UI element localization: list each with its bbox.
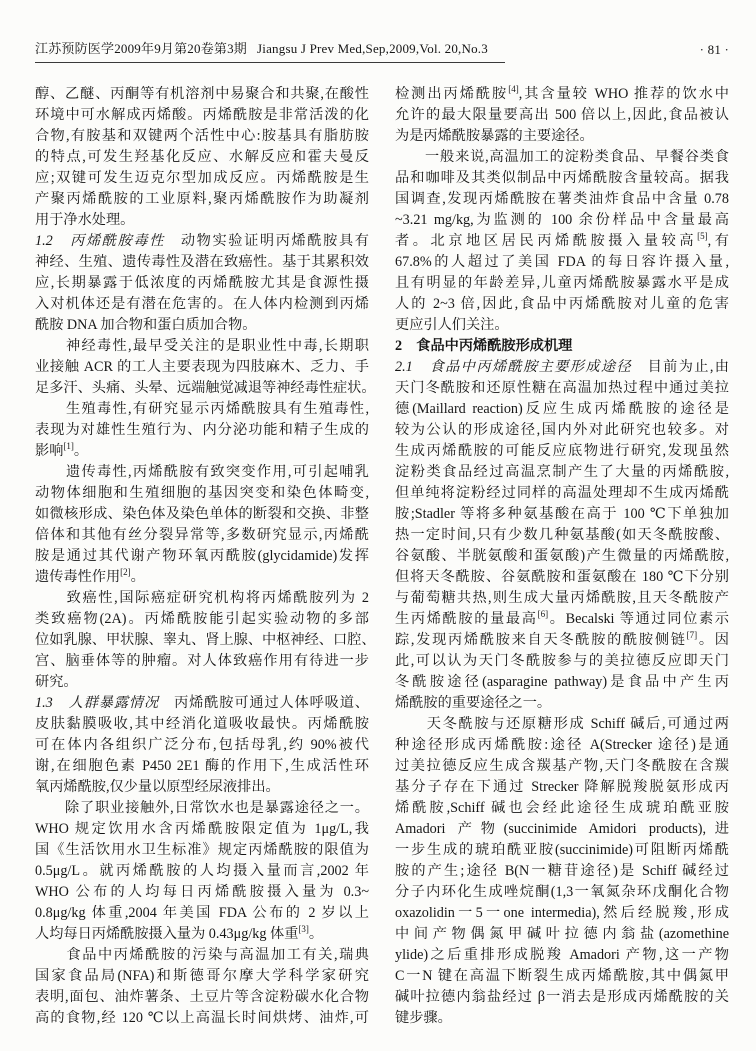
section-heading: 1.3 人群暴露情况	[35, 695, 159, 711]
text-run: oxazolidin一5一one intermedia),然后经脱羧,形成	[395, 905, 729, 921]
text-line: 中间产物偶氮甲碱叶拉德内翁盐(azomethine	[395, 924, 729, 945]
text-run: 胺的产生;途径 B(N一糖苷途径)是 Schiff 碱经过	[395, 863, 729, 879]
text-line: 影响[1]。	[35, 441, 369, 462]
text-line: 较为公认的形成途径,国内外对此研究也较多。对	[395, 420, 729, 441]
text-line: 烯酰胺的重要途径之一。	[395, 693, 729, 714]
text-line: 应,长期暴露于低浓度的丙烯酰胺尤其是食源性摄	[35, 273, 369, 294]
text-run: 0.8μg/kg 体重,2004 年美国 FDA 公布的 2 岁以上	[35, 905, 369, 921]
text-run: 天门冬酰胺和还原性糖在高温加热过程中通过美拉	[395, 380, 729, 396]
text-line: 人均每日丙烯酰胺摄入量为 0.43μg/kg 体重[3]。	[35, 924, 369, 945]
text-run: 烯酰胺的重要途径之一。	[395, 695, 551, 711]
text-run: 踪,发现丙烯酰胺来自天冬酰胺的酰胺侧链	[395, 632, 687, 648]
text-line: 2.1 食品中丙烯酰胺主要形成途径 目前为止,由	[395, 357, 729, 378]
text-run: 除了职业接触外,日常饮水也是暴露途径之一。	[35, 800, 369, 816]
text-run: 国调查,发现丙烯酰胺在薯类油炸食品中含量 0.78	[395, 191, 729, 207]
text-run: 天冬酰胺与还原糖形成 Schiff 碱后,可通过两	[395, 716, 729, 732]
text-line: 动物体细胞和生殖细胞的基因突变和染色体畸变,	[35, 483, 369, 504]
text-run: 表现为对雄性生殖行为、内分泌功能和精子生成的	[35, 422, 369, 438]
text-line: 足多汗、头痛、头晕、远端触觉减退等神经毒性症状。	[35, 378, 369, 399]
text-line: 宫、脑垂体等的肿瘤。对人体致癌作用有待进一步	[35, 651, 369, 672]
text-line: 国调查,发现丙烯酰胺在薯类油炸食品中含量 0.78	[395, 189, 729, 210]
text-line: 1.3 人群暴露情况 丙烯酰胺可通过人体呼吸道、	[35, 693, 369, 714]
text-run: 人均每日丙烯酰胺摄入量为 0.43μg/kg 体重	[35, 926, 298, 942]
text-run: 高的食物,经 120 ℃以上高温长时间烘烤、油炸,可	[35, 1010, 369, 1026]
text-line: 与葡萄糖共热,则生成大量丙烯酰胺,且天冬酰胺产	[395, 588, 729, 609]
text-line: 冬酰胺途径(asparagine pathway)是食品中产生丙	[395, 672, 729, 693]
text-run: 动物实验证明丙烯酰胺具有	[165, 233, 369, 249]
reference-superscript: [3]	[298, 924, 309, 934]
text-line: 产聚丙烯酰胺的工业原料,聚丙烯酰胺作为助凝剂	[35, 189, 369, 210]
text-line: 谢,在细胞色素 P450 2E1 酶的作用下,生成活性环	[35, 756, 369, 777]
text-line: 皮肤黏膜吸收,其中经消化道吸收最快。丙烯酰胺	[35, 714, 369, 735]
text-run: 的特点,可发生羟基化反应、水解反应和霍夫曼反	[35, 149, 369, 165]
text-run: 合物,有胺基和双键两个活性中心:胺基具有脂肪胺	[35, 128, 369, 144]
text-run: 入对机体还是有潜在危害的。在人体内检测到丙烯	[35, 296, 369, 312]
text-line: oxazolidin一5一one intermedia),然后经脱羧,形成	[395, 903, 729, 924]
text-run: 较为公认的形成途径,国内外对此研究也较多。对	[395, 422, 729, 438]
text-line: 人的 2~3 倍,因此,食品中丙烯酰胺对儿童的危害	[395, 294, 729, 315]
text-line: ylide)之后重排形成脱羧 Amadori 产物,这一产物	[395, 945, 729, 966]
text-line: 品和咖啡及其类似制品中丙烯酰胺含量较高。据我	[395, 168, 729, 189]
text-line: 且有明显的年龄差异,儿童丙烯酰胺暴露水平是成	[395, 273, 729, 294]
text-run: 。	[74, 443, 88, 459]
text-line: 胺的产生;途径 B(N一糖苷途径)是 Schiff 碱经过	[395, 861, 729, 882]
text-line: 国家食品局(NFA)和斯德哥尔摩大学科学家研究	[35, 966, 369, 987]
document-page: 江苏预防医学2009年9月第20卷第3期Jiangsu J Prev Med,S…	[0, 0, 756, 1051]
text-line: 分子内环化生成唑烷酮(1,3一氧氮杂环戊酮化合物	[395, 882, 729, 903]
column-right: 检测出丙烯酰胺[4],其含量较 WHO 推荐的饮水中允许的最大限量要高出 500…	[395, 84, 729, 1029]
text-line: 德(Maillard reaction)反应生成丙烯酰胺的途径是	[395, 399, 729, 420]
text-line: 2 食品中丙烯酰胺形成机理	[395, 336, 729, 357]
text-run: 烯酰胺,Schiff 碱也会经此途径生成琥珀酰亚胺	[395, 800, 729, 816]
text-run: 0.5μg/L。就丙烯酰胺的人均摄入量而言,2002 年	[35, 863, 369, 879]
text-line: 踪,发现丙烯酰胺来自天冬酰胺的酰胺侧链[7]。因	[395, 630, 729, 651]
text-run: 谢,在细胞色素 P450 2E1 酶的作用下,生成活性环	[35, 758, 369, 774]
column-left: 醇、乙醚、丙酮等有机溶剂中易聚合和共聚,在酸性环境中可水解成丙烯酸。丙烯酰胺是非…	[35, 84, 369, 1029]
text-line: C一N 键在高温下断裂生成丙烯酰胺,其中偶氮甲	[395, 966, 729, 987]
text-run: 皮肤黏膜吸收,其中经消化道吸收最快。丙烯酰胺	[35, 716, 369, 732]
text-run: 。Becalski 等通过同位素示	[548, 611, 729, 627]
text-run: 神经毒性,最早受关注的是职业性中毒,长期职	[35, 338, 369, 354]
text-run: 键步骤。	[395, 1010, 452, 1026]
text-run: 种途径形成丙烯酰胺:途径 A(Strecker 途径)是通	[395, 737, 729, 753]
text-run: 如微核形成、染色体及染色单体的断裂和交换、非整	[35, 506, 369, 522]
text-line: 环境中可水解成丙烯酸。丙烯酰胺是非常活泼的化	[35, 105, 369, 126]
text-run: 人的 2~3 倍,因此,食品中丙烯酰胺对儿童的危害	[395, 296, 729, 312]
text-line: 国《生活饮用水卫生标准》规定丙烯酰胺的限值为	[35, 840, 369, 861]
text-line: 0.5μg/L。就丙烯酰胺的人均摄入量而言,2002 年	[35, 861, 369, 882]
text-run: ~3.21 mg/kg,为监测的 100 余份样品中含量最高	[395, 212, 729, 228]
text-run: 生成丙烯酰胺的可能反应底物进行研究,发现虽然	[395, 443, 729, 459]
reference-superscript: [1]	[63, 441, 74, 451]
text-run: 影响	[35, 443, 63, 459]
text-run: 品和咖啡及其类似制品中丙烯酰胺含量较高。据我	[395, 170, 729, 186]
text-line: 67.8%的人超过了美国 FDA 的每日容许摄入量,	[395, 252, 729, 273]
section-heading: 1.2 丙烯酰胺毒性	[35, 233, 165, 249]
text-line: 醇、乙醚、丙酮等有机溶剂中易聚合和共聚,在酸性	[35, 84, 369, 105]
text-run: 应,长期暴露于低浓度的丙烯酰胺尤其是食源性摄	[35, 275, 369, 291]
text-run: 淀粉类食品经过高温烹制产生了大量的丙烯酰胺,	[395, 464, 729, 480]
text-run: 生丙烯酰胺的量最高	[395, 611, 538, 627]
text-line: 倍体和其他有丝分裂异常等,多数研究显示,丙烯酰	[35, 525, 369, 546]
text-line: 可在体内各组织广泛分布,包括母乳,约 90%被代	[35, 735, 369, 756]
text-run: 冬酰胺途径(asparagine pathway)是食品中产生丙	[395, 674, 729, 690]
text-run: 倍体和其他有丝分裂异常等,多数研究显示,丙烯酰	[35, 527, 369, 543]
text-run: 食品中丙烯酰胺的污染与高温加工有关,瑞典	[35, 947, 369, 963]
section-heading: 2.1 食品中丙烯酰胺主要形成途径	[395, 359, 632, 375]
text-run: 醇、乙醚、丙酮等有机溶剂中易聚合和共聚,在酸性	[35, 86, 369, 102]
text-run: 研究。	[35, 674, 78, 690]
text-run: 。	[131, 569, 145, 585]
text-run: 目前为止,由	[632, 359, 729, 375]
section-heading: 2 食品中丙烯酰胺形成机理	[395, 338, 572, 354]
text-run: WHO 规定饮用水含丙烯酰胺限定值为 1μg/L,我	[35, 821, 369, 837]
text-run: 谷氨酸、半胱氨酸和蛋氨酸)产生微量的丙烯酰胺,	[395, 548, 729, 564]
text-run: 酰胺 DNA 加合物和蛋白质加合物。	[35, 317, 257, 333]
text-line: 生丙烯酰胺的量最高[6]。Becalski 等通过同位素示	[395, 609, 729, 630]
text-run: ylide)之后重排形成脱羧 Amadori 产物,这一产物	[395, 947, 729, 963]
text-line: 研究。	[35, 672, 369, 693]
text-line: 如微核形成、染色体及染色单体的断裂和交换、非整	[35, 504, 369, 525]
text-line: Amadori 产物(succinimide Amidori products)…	[395, 819, 729, 840]
text-line: 种途径形成丙烯酰胺:途径 A(Strecker 途径)是通	[395, 735, 729, 756]
text-line: 除了职业接触外,日常饮水也是暴露途径之一。	[35, 798, 369, 819]
text-run: 表明,面包、油炸薯条、土豆片等含淀粉碳水化合物	[35, 989, 369, 1005]
reference-superscript: [2]	[120, 567, 131, 577]
two-column-body: 醇、乙醚、丙酮等有机溶剂中易聚合和共聚,在酸性环境中可水解成丙烯酸。丙烯酰胺是非…	[35, 84, 729, 1029]
text-run: 一步生成的琥珀酰亚胺(succinimide)可阻断丙烯酰	[395, 842, 729, 858]
text-line: 入对机体还是有潜在危害的。在人体内检测到丙烯	[35, 294, 369, 315]
text-run: 国家食品局(NFA)和斯德哥尔摩大学科学家研究	[35, 968, 369, 984]
text-run: 德(Maillard reaction)反应生成丙烯酰胺的途径是	[395, 401, 729, 417]
text-line: ~3.21 mg/kg,为监测的 100 余份样品中含量最高	[395, 210, 729, 231]
text-run: 碱叶拉德内翁盐经过 β一消去是形成丙烯酰胺的关	[395, 989, 729, 1005]
text-line: 酰胺 DNA 加合物和蛋白质加合物。	[35, 315, 369, 336]
text-run: 。因	[697, 632, 729, 648]
text-line: 允许的最大限量要高出 500 倍以上,因此,食品被认	[395, 105, 729, 126]
text-run: 动物体细胞和生殖细胞的基因突变和染色体畸变,	[35, 485, 369, 501]
text-run: 氧丙烯酰胺,仅少量以原型经尿液排出。	[35, 779, 280, 795]
text-line: 遗传毒性作用[2]。	[35, 567, 369, 588]
text-run: 应;双键可发生迈克尔型加成反应。丙烯酰胺是生	[35, 170, 369, 186]
text-run: 者。北京地区居民丙烯酰胺摄入量较高	[395, 233, 697, 249]
text-line: 生殖毒性,有研究显示丙烯酰胺具有生殖毒性,	[35, 399, 369, 420]
text-line: 烯酰胺,Schiff 碱也会经此途径生成琥珀酰亚胺	[395, 798, 729, 819]
text-line: 0.8μg/kg 体重,2004 年美国 FDA 公布的 2 岁以上	[35, 903, 369, 924]
text-run: 致癌性,国际癌症研究机构将丙烯酰胺列为 2	[35, 590, 369, 606]
text-line: WHO 公布的人均每日丙烯酰胺摄入量为 0.3~	[35, 882, 369, 903]
text-run: 更应引人们关注。	[395, 317, 509, 333]
text-run: 热一定时间,只有少数几种氨基酸(如天冬酰胺酸、	[395, 527, 729, 543]
text-run: 为是丙烯酰胺暴露的主要途径。	[395, 128, 594, 144]
text-line: 的特点,可发生羟基化反应、水解反应和霍夫曼反	[35, 147, 369, 168]
reference-superscript: [7]	[687, 630, 698, 640]
reference-superscript: [4]	[508, 84, 519, 94]
text-line: 但将天冬酰胺、谷氨酰胺和蛋氨酸在 180 ℃下分别	[395, 567, 729, 588]
text-line: 合物,有胺基和双键两个活性中心:胺基具有脂肪胺	[35, 126, 369, 147]
text-run: C一N 键在高温下断裂生成丙烯酰胺,其中偶氮甲	[395, 968, 729, 984]
text-run: 丙烯酰胺可通过人体呼吸道、	[159, 695, 369, 711]
text-line: 表现为对雄性生殖行为、内分泌功能和精子生成的	[35, 420, 369, 441]
text-run: 类致癌物(2A)。丙烯酰胺能引起实验动物的多部	[35, 611, 369, 627]
text-line: 业接触 ACR 的工人主要表现为四肢麻木、乏力、手	[35, 357, 369, 378]
text-run: 足多汗、头痛、头晕、远端触觉减退等神经毒性症状。	[35, 380, 369, 396]
text-line: 表明,面包、油炸薯条、土豆片等含淀粉碳水化合物	[35, 987, 369, 1008]
text-run: 业接触 ACR 的工人主要表现为四肢麻木、乏力、手	[35, 359, 369, 375]
text-line: 基分子存在下通过 Strecker 降解脱羧脱氨形成丙	[395, 777, 729, 798]
text-line: 1.2 丙烯酰胺毒性 动物实验证明丙烯酰胺具有	[35, 231, 369, 252]
text-line: 检测出丙烯酰胺[4],其含量较 WHO 推荐的饮水中	[395, 84, 729, 105]
text-run: 胺是通过其代谢产物环氧丙酰胺(glycidamide)发挥	[35, 548, 369, 564]
text-run: 可在体内各组织广泛分布,包括母乳,约 90%被代	[35, 737, 369, 753]
text-line: 碱叶拉德内翁盐经过 β一消去是形成丙烯酰胺的关	[395, 987, 729, 1008]
text-line: 谷氨酸、半胱氨酸和蛋氨酸)产生微量的丙烯酰胺,	[395, 546, 729, 567]
journal-title-en: Jiangsu J Prev Med,Sep,2009,Vol. 20,No.3	[257, 41, 488, 56]
text-line: 但单纯将淀粉经过同样的高温处理却不生成丙烯酰	[395, 483, 729, 504]
text-line: 氧丙烯酰胺,仅少量以原型经尿液排出。	[35, 777, 369, 798]
text-line: WHO 规定饮用水含丙烯酰胺限定值为 1μg/L,我	[35, 819, 369, 840]
page-number: · 81 ·	[700, 42, 729, 63]
text-line: 胺;Stadler 等将多种氨基酸在高于 100 ℃下单独加	[395, 504, 729, 525]
text-line: 致癌性,国际癌症研究机构将丙烯酰胺列为 2	[35, 588, 369, 609]
text-run: 一般来说,高温加工的淀粉类食品、早餐谷类食	[395, 149, 729, 165]
text-line: 天冬酰胺与还原糖形成 Schiff 碱后,可通过两	[395, 714, 729, 735]
text-line: 高的食物,经 120 ℃以上高温长时间烘烤、油炸,可	[35, 1008, 369, 1029]
text-run: 宫、脑垂体等的肿瘤。对人体致癌作用有待进一步	[35, 653, 369, 669]
text-run: 但将天冬酰胺、谷氨酰胺和蛋氨酸在 180 ℃下分别	[395, 569, 729, 585]
text-run: 允许的最大限量要高出 500 倍以上,因此,食品被认	[395, 107, 729, 123]
text-run: 产聚丙烯酰胺的工业原料,聚丙烯酰胺作为助凝剂	[35, 191, 369, 207]
text-line: 淀粉类食品经过高温烹制产生了大量的丙烯酰胺,	[395, 462, 729, 483]
text-run: ,其含量较 WHO 推荐的饮水中	[519, 86, 729, 102]
text-run: 过美拉德反应生成含羰基产物,天门冬酰胺在含羰	[395, 758, 729, 774]
text-line: 此,可以认为天门冬酰胺参与的美拉德反应即天门	[395, 651, 729, 672]
text-run: 。	[309, 926, 323, 942]
page-header: 江苏预防医学2009年9月第20卷第3期Jiangsu J Prev Med,S…	[35, 38, 729, 63]
text-line: 胺是通过其代谢产物环氧丙酰胺(glycidamide)发挥	[35, 546, 369, 567]
text-run: 检测出丙烯酰胺	[395, 86, 508, 102]
text-run: 遗传毒性作用	[35, 569, 120, 585]
text-line: 位如乳腺、甲状腺、睾丸、肾上腺、中枢神经、口腔、子	[35, 630, 369, 651]
text-run: ,有	[708, 233, 729, 249]
reference-superscript: [5]	[697, 231, 708, 241]
text-run: 基分子存在下通过 Strecker 降解脱羧脱氨形成丙	[395, 779, 729, 795]
text-run: 与葡萄糖共热,则生成大量丙烯酰胺,且天冬酰胺产	[395, 590, 729, 606]
journal-title-cn: 江苏预防医学2009年9月第20卷第3期	[35, 41, 247, 56]
text-line: 一般来说,高温加工的淀粉类食品、早餐谷类食	[395, 147, 729, 168]
text-run: 但单纯将淀粉经过同样的高温处理却不生成丙烯酰	[395, 485, 729, 501]
text-run: 生殖毒性,有研究显示丙烯酰胺具有生殖毒性,	[35, 401, 369, 417]
text-line: 食品中丙烯酰胺的污染与高温加工有关,瑞典	[35, 945, 369, 966]
text-line: 者。北京地区居民丙烯酰胺摄入量较高[5],有	[395, 231, 729, 252]
text-line: 生成丙烯酰胺的可能反应底物进行研究,发现虽然	[395, 441, 729, 462]
text-run: Amadori 产物(succinimide Amidori products)…	[395, 821, 729, 837]
text-line: 类致癌物(2A)。丙烯酰胺能引起实验动物的多部	[35, 609, 369, 630]
text-run: 且有明显的年龄差异,儿童丙烯酰胺暴露水平是成	[395, 275, 729, 291]
text-line: 神经、生殖、遗传毒性及潜在致癌性。基于其累积效	[35, 252, 369, 273]
text-line: 过美拉德反应生成含羰基产物,天门冬酰胺在含羰	[395, 756, 729, 777]
text-line: 天门冬酰胺和还原性糖在高温加热过程中通过美拉	[395, 378, 729, 399]
text-line: 键步骤。	[395, 1008, 729, 1029]
text-line: 一步生成的琥珀酰亚胺(succinimide)可阻断丙烯酰	[395, 840, 729, 861]
text-run: 分子内环化生成唑烷酮(1,3一氧氮杂环戊酮化合物	[395, 884, 729, 900]
text-run: 位如乳腺、甲状腺、睾丸、肾上腺、中枢神经、口腔、子	[35, 632, 369, 648]
text-line: 为是丙烯酰胺暴露的主要途径。	[395, 126, 729, 147]
text-line: 神经毒性,最早受关注的是职业性中毒,长期职	[35, 336, 369, 357]
text-line: 热一定时间,只有少数几种氨基酸(如天冬酰胺酸、	[395, 525, 729, 546]
journal-title-line: 江苏预防医学2009年9月第20卷第3期Jiangsu J Prev Med,S…	[35, 38, 505, 63]
text-line: 更应引人们关注。	[395, 315, 729, 336]
text-run: 环境中可水解成丙烯酸。丙烯酰胺是非常活泼的化	[35, 107, 369, 123]
text-run: WHO 公布的人均每日丙烯酰胺摄入量为 0.3~	[35, 884, 369, 900]
text-line: 应;双键可发生迈克尔型加成反应。丙烯酰胺是生	[35, 168, 369, 189]
text-run: 67.8%的人超过了美国 FDA 的每日容许摄入量,	[395, 254, 729, 270]
text-run: 国《生活饮用水卫生标准》规定丙烯酰胺的限值为	[35, 842, 369, 858]
text-run: 胺;Stadler 等将多种氨基酸在高于 100 ℃下单独加	[395, 506, 729, 522]
text-run: 中间产物偶氮甲碱叶拉德内翁盐(azomethine	[395, 926, 729, 942]
text-line: 遗传毒性,丙烯酰胺有致突变作用,可引起哺乳	[35, 462, 369, 483]
text-line: 用于净水处理。	[35, 210, 369, 231]
reference-superscript: [6]	[538, 609, 549, 619]
text-run: 用于净水处理。	[35, 212, 134, 228]
text-run: 此,可以认为天门冬酰胺参与的美拉德反应即天门	[395, 653, 729, 669]
text-run: 遗传毒性,丙烯酰胺有致突变作用,可引起哺乳	[35, 464, 369, 480]
text-run: 神经、生殖、遗传毒性及潜在致癌性。基于其累积效	[35, 254, 369, 270]
